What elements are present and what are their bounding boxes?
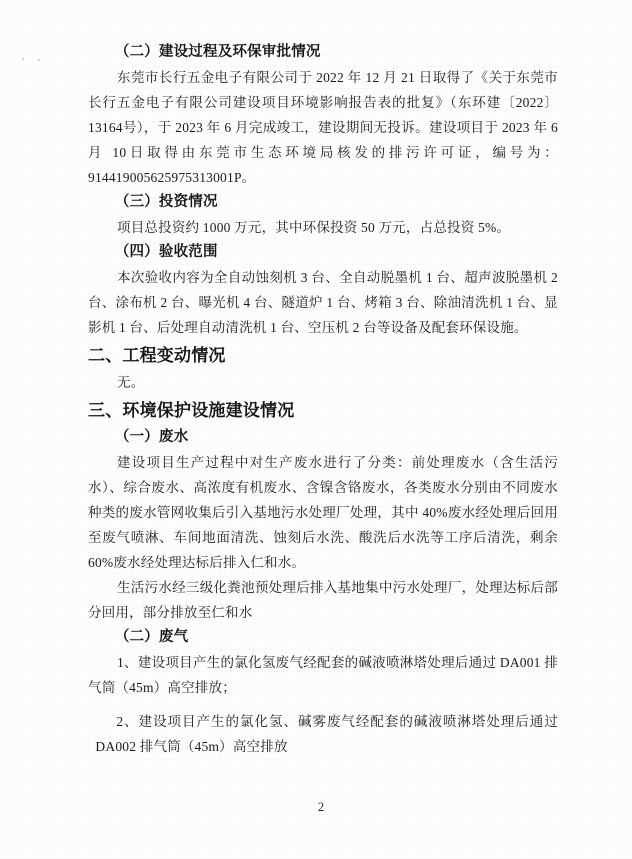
para-project-changes-none: 无。 <box>88 370 558 395</box>
heading-project-changes: 二、工程变动情况 <box>88 342 558 369</box>
para-domestic-sewage: 生活污水经三级化粪池预处理后排入基地集中污水处理厂，处理达标后部分回用，部分排放… <box>88 575 558 625</box>
para-waste-gas-item-1: 1、建设项目产生的氯化氢废气经配套的碱液喷淋塔处理后通过 DA001 排气筒（4… <box>88 650 558 700</box>
para-waste-gas-item-2: 2、建设项目产生的氯化氢、碱雾废气经配套的碱液喷淋塔处理后通过DA002 排气筒… <box>88 709 558 759</box>
heading-wastewater: （一）废水 <box>88 425 558 450</box>
scanned-document-page: （二）建设过程及环保审批情况 东莞市长行五金电子有限公司于 2022 年 12 … <box>0 0 632 859</box>
para-wastewater-classification: 建设项目生产过程中对生产废水进行了分类：前处理废水（含生活污水）、综合废水、高浓… <box>88 450 558 575</box>
heading-waste-gas: （二）废气 <box>88 625 558 650</box>
scan-artifact-speck <box>38 59 40 61</box>
page-number: 2 <box>0 800 632 815</box>
scan-artifact-speck <box>22 58 24 60</box>
heading-investment: （三）投资情况 <box>88 190 558 215</box>
heading-construction-and-approval: （二）建设过程及环保审批情况 <box>88 40 558 65</box>
para-investment: 项目总投资约 1000 万元，其中环保投资 50 万元，占总投资 5%。 <box>88 215 558 240</box>
para-construction-and-approval: 东莞市长行五金电子有限公司于 2022 年 12 月 21 日取得了《关于东莞市… <box>88 65 558 190</box>
heading-env-protection-facilities: 三、环境保护设施建设情况 <box>88 397 558 424</box>
para-acceptance-scope: 本次验收内容为全自动蚀刻机 3 台、全自动脱墨机 1 台、超声波脱墨机 2 台、… <box>88 265 558 340</box>
heading-acceptance-scope: （四）验收范围 <box>88 240 558 265</box>
document-body: （二）建设过程及环保审批情况 东莞市长行五金电子有限公司于 2022 年 12 … <box>88 40 558 759</box>
